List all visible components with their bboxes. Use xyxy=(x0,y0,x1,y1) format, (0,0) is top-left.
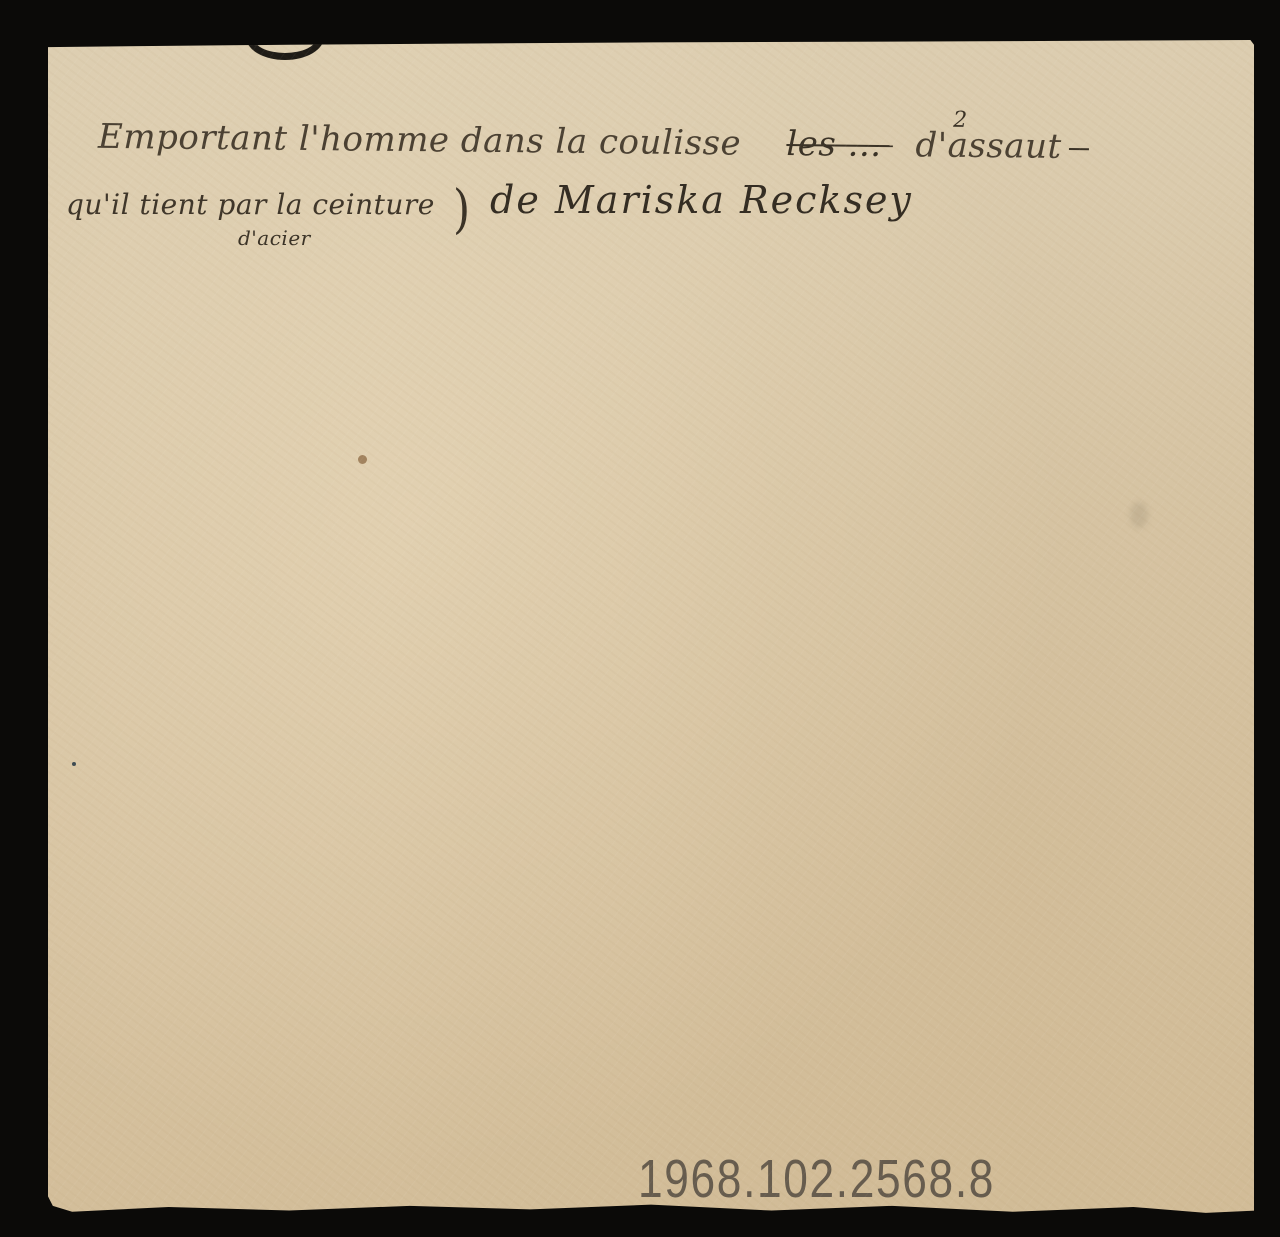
line1-text: Emportant l'homme dans la coulisse xyxy=(98,117,742,164)
closing-parenthesis: ) xyxy=(453,179,470,240)
paper-stain xyxy=(358,455,367,464)
handwritten-line-2: qu'il tient par la ceinture xyxy=(66,188,435,221)
superscript-correction: 2 xyxy=(953,108,968,133)
scanned-document: Emportant l'homme dans la coulisse les .… xyxy=(0,0,1280,1237)
ink-ring-mark xyxy=(246,14,324,60)
accession-number: 1968.102.2568.8 xyxy=(638,1148,995,1210)
handwritten-line-1: Emportant l'homme dans la coulisse les .… xyxy=(98,117,1089,167)
ink-speck xyxy=(72,762,76,766)
pen-flourish xyxy=(1069,148,1089,150)
line1-end-text: d'assaut xyxy=(915,125,1062,167)
paper-sheet: Emportant l'homme dans la coulisse les .… xyxy=(48,40,1254,1220)
author-signature: de Mariska Recksey xyxy=(490,178,913,222)
struck-through-text: les ... xyxy=(786,124,893,165)
handwritten-insertion: d'acier xyxy=(238,226,311,250)
paper-smudge xyxy=(1130,502,1148,528)
